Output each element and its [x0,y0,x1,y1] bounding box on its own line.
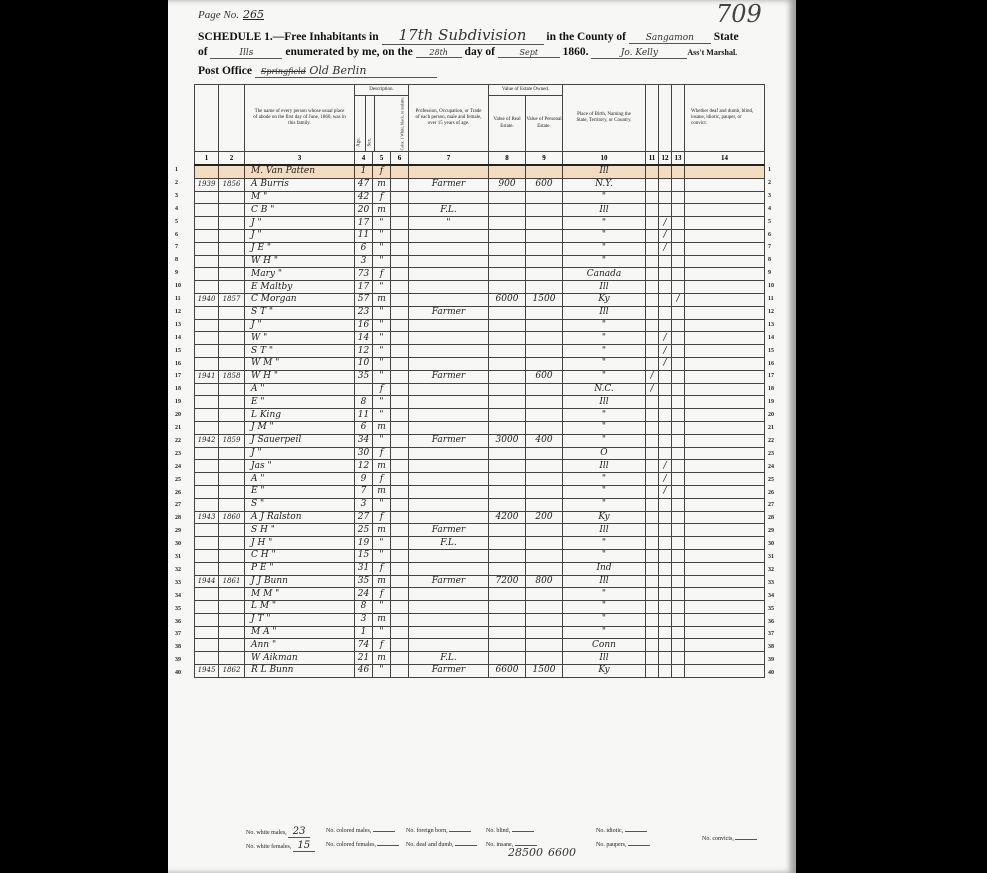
cell-name: S T " [245,306,355,319]
cell-family: 1856 [219,178,245,191]
cell-name: L M " [245,601,355,614]
marshal-field: Jo. Kelly [591,48,687,59]
cell-family [219,626,245,639]
cell-age: 27 [355,511,373,524]
table-row[interactable]: 19401857C Morgan57m60001500Ky/ [195,293,765,306]
cell-real [489,473,526,486]
cell-birth: " [563,434,646,447]
cell-illiterate [672,357,685,370]
table-row[interactable]: S T "23"FarmerIll [195,306,765,319]
table-row[interactable]: E "8"Ill [195,396,765,409]
enumerated-label: enumerated by me, on the [285,46,412,58]
cell-dwelling: 1943 [195,511,219,524]
cell-age: 24 [355,588,373,601]
cell-illiterate [672,229,685,242]
cell-occupation [409,639,489,652]
cell-age: 25 [355,524,373,537]
cell-other [685,332,765,345]
cell-real: 6000 [489,293,526,306]
cell-birth: " [563,370,646,383]
cell-family [219,396,245,409]
col-num: 5 [373,152,391,166]
cell-color [391,268,409,281]
col-num: 6 [391,152,409,166]
cell-married: / [646,383,659,396]
row-number-right: 1 [768,167,771,173]
cell-illiterate [672,396,685,409]
cell-name: J Sauerpeil [245,434,355,447]
cell-birth: Conn [563,639,646,652]
cell-illiterate [672,665,685,678]
cell-name: J J Bunn [245,575,355,588]
cell-name: R L Bunn [245,665,355,678]
page-number-value: 265 [243,8,264,21]
table-row[interactable]: J "17"""/ [195,217,765,230]
table-row[interactable]: C H "15"" [195,549,765,562]
cell-dwelling [195,319,219,332]
cell-married [646,421,659,434]
cell-name: C H " [245,549,355,562]
table-row[interactable]: J "11""/ [195,229,765,242]
table-row[interactable]: W Aikman21mF.L.Ill [195,652,765,665]
cell-married [646,639,659,652]
table-row[interactable]: S T "12""/ [195,345,765,358]
total-personal-estate: 6600 [548,846,576,859]
table-row[interactable]: S "3"" [195,498,765,511]
cell-family [219,165,245,178]
cell-personal [526,357,563,370]
cell-sex: f [373,639,391,652]
cell-other [685,255,765,268]
table-row[interactable]: J "16"" [195,319,765,332]
cell-married [646,485,659,498]
cell-school [659,383,672,396]
cell-illiterate [672,281,685,294]
row-number-left: 7 [175,244,178,250]
cell-sex: f [373,447,391,460]
cell-age: 10 [355,357,373,370]
cell-age: 20 [355,204,373,217]
cell-school [659,447,672,460]
cell-occupation: Farmer [409,524,489,537]
cell-color [391,191,409,204]
cell-sex: f [373,511,391,524]
total-real-estate: 28500 [508,846,543,859]
cell-family [219,460,245,473]
cell-school [659,537,672,550]
cell-school [659,665,672,678]
cell-dwelling [195,165,219,178]
cell-age: 35 [355,370,373,383]
cell-married [646,281,659,294]
cell-illiterate [672,332,685,345]
table-row[interactable]: 19391856A Burris47mFarmer900600N.Y. [195,178,765,191]
cell-dwelling [195,204,219,217]
cell-birth: N.C. [563,383,646,396]
cell-dwelling [195,639,219,652]
cell-birth: Ill [563,652,646,665]
cell-dwelling [195,447,219,460]
cell-real [489,268,526,281]
cell-color [391,639,409,652]
blind-line: No. blind, [486,828,534,834]
cell-real [489,421,526,434]
cell-school: / [659,345,672,358]
cell-other [685,460,765,473]
row-number-left: 23 [175,451,181,457]
cell-dwelling [195,537,219,550]
cell-age: 8 [355,601,373,614]
cell-other [685,293,765,306]
table-row[interactable]: W H "3"" [195,255,765,268]
cell-color [391,613,409,626]
cell-real [489,409,526,422]
cell-married [646,601,659,614]
row-number-right: 16 [768,361,774,367]
cell-other [685,652,765,665]
cell-dwelling: 1939 [195,178,219,191]
cell-other [685,562,765,575]
cell-married [646,665,659,678]
cell-birth: Ill [563,165,646,178]
cell-personal [526,319,563,332]
table-row[interactable]: 19421859J Sauerpeil34"Farmer3000400" [195,434,765,447]
cell-color [391,652,409,665]
cell-family [219,421,245,434]
row-number-right: 19 [768,399,774,405]
cell-school: / [659,460,672,473]
cell-sex: m [373,204,391,217]
cell-occupation [409,357,489,370]
cell-birth: Canada [563,268,646,281]
cell-dwelling [195,601,219,614]
schedule-label: SCHEDULE 1.—Free Inhabitants in [198,31,379,43]
cell-other [685,242,765,255]
cell-age: 1 [355,626,373,639]
table-row[interactable]: E Maltby17"Ill [195,281,765,294]
convicts-line: No. convicts, [702,836,757,842]
cell-age: 16 [355,319,373,332]
cell-married [646,473,659,486]
cell-personal [526,409,563,422]
row-number-left: 13 [175,322,181,328]
cell-sex: " [373,626,391,639]
cell-name: M A " [245,626,355,639]
cell-age: 46 [355,665,373,678]
table-row[interactable]: J T "3m" [195,613,765,626]
table-row[interactable]: 19431860A J Ralston27f4200200Ky [195,511,765,524]
table-row[interactable]: S H "25mFarmerIll [195,524,765,537]
table-row[interactable]: M "42f" [195,191,765,204]
cell-illiterate [672,562,685,575]
row-number-right: 12 [768,309,774,315]
cell-family: 1859 [219,434,245,447]
cell-sex: " [373,409,391,422]
cell-married [646,626,659,639]
row-number-right: 33 [768,580,774,586]
cell-dwelling [195,191,219,204]
cell-family [219,537,245,550]
cell-occupation: Farmer [409,665,489,678]
cell-real [489,537,526,550]
cell-real [489,383,526,396]
idiotic-line: No. idiotic, [596,828,647,834]
cell-real [489,498,526,511]
cell-color [391,383,409,396]
row-number-right: 29 [768,528,774,534]
cell-real [489,357,526,370]
cell-age: 12 [355,460,373,473]
cell-name: A " [245,473,355,486]
table-row[interactable]: A "fN.C./ [195,383,765,396]
cell-real [489,549,526,562]
cell-family [219,601,245,614]
cell-illiterate [672,434,685,447]
cell-real [489,460,526,473]
cell-age: 34 [355,434,373,447]
cell-real [489,613,526,626]
cell-color [391,332,409,345]
cell-color [391,588,409,601]
cell-real [489,485,526,498]
cell-name: W Aikman [245,652,355,665]
cell-illiterate [672,255,685,268]
cell-name: E " [245,485,355,498]
cell-other [685,665,765,678]
cell-birth: O [563,447,646,460]
white-females-count: 15 [293,840,315,852]
white-males-line: No. white males, 23 [246,826,310,838]
table-row[interactable]: 19451862R L Bunn46"Farmer66001500Ky [195,665,765,678]
table-row[interactable]: E "7m"/ [195,485,765,498]
cell-name: M M " [245,588,355,601]
cell-birth: " [563,255,646,268]
table-row[interactable]: Jas "12mIll/ [195,460,765,473]
cell-dwelling [195,485,219,498]
cell-family: 1861 [219,575,245,588]
row-number-right: 28 [768,515,774,521]
cell-family [219,652,245,665]
cell-illiterate [672,639,685,652]
cell-other [685,613,765,626]
cell-occupation [409,255,489,268]
table-row[interactable]: 19441861J J Bunn35mFarmer7200800Ill [195,575,765,588]
col-num: 10 [563,152,646,166]
cell-age: 17 [355,217,373,230]
cell-school [659,626,672,639]
table-row-highlighted[interactable]: M. Van Patten1fIll [195,165,765,178]
cell-occupation [409,613,489,626]
table-row[interactable]: 19411858W H "35"Farmer600"/ [195,370,765,383]
cell-married [646,191,659,204]
table-row[interactable]: P E "31fInd [195,562,765,575]
cell-occupation [409,165,489,178]
cell-illiterate [672,460,685,473]
cell-name: A " [245,383,355,396]
table-row[interactable]: M A "1"" [195,626,765,639]
cell-illiterate [672,191,685,204]
cell-personal [526,229,563,242]
census-table: Dwelling-houses—numbered in the order of… [194,84,765,678]
cell-other [685,601,765,614]
cell-personal [526,626,563,639]
cell-illiterate [672,447,685,460]
col-num: 14 [685,152,765,166]
cell-dwelling [195,281,219,294]
table-row[interactable]: M M "24f" [195,588,765,601]
colored-males-line: No. colored males, [326,828,395,834]
table-row[interactable]: W M "10""/ [195,357,765,370]
cell-occupation: Farmer [409,434,489,447]
description-group-header: Description. Age. Sex. Color, { White, b… [355,85,409,152]
col-num: 13 [672,152,685,166]
cell-personal [526,447,563,460]
table-row[interactable]: L M "8"" [195,601,765,614]
cell-dwelling [195,613,219,626]
cell-sex: " [373,255,391,268]
cell-sex: " [373,665,391,678]
cell-name: J H " [245,537,355,550]
cell-age: 11 [355,409,373,422]
cell-birth: N.Y. [563,178,646,191]
cell-dwelling: 1941 [195,370,219,383]
cell-birth: " [563,409,646,422]
state-field: Ills [210,48,282,59]
cell-name: M " [245,191,355,204]
row-number-left: 16 [175,361,181,367]
cell-family [219,345,245,358]
cell-married [646,613,659,626]
cell-family: 1857 [219,293,245,306]
cell-sex: " [373,498,391,511]
cell-school [659,524,672,537]
row-number-right: 14 [768,335,774,341]
cell-dwelling [195,217,219,230]
cell-name: S H " [245,524,355,537]
state-label: State [714,31,739,43]
cell-age: 3 [355,498,373,511]
cell-married [646,204,659,217]
cell-school [659,306,672,319]
cell-real: 6600 [489,665,526,678]
cell-occupation [409,281,489,294]
enumeration-line: of Ills enumerated by me, on the 28th da… [198,46,737,59]
table-row[interactable]: J M "6m" [195,421,765,434]
cell-sex: " [373,306,391,319]
cell-sex: " [373,357,391,370]
cell-family [219,562,245,575]
cell-married [646,537,659,550]
col-real-estate-header: Value of Real Estate. [489,96,526,151]
cell-real [489,447,526,460]
stamped-page-number: 709 [716,0,762,28]
row-number-left: 38 [175,644,181,650]
cell-married [646,575,659,588]
cell-married [646,524,659,537]
cell-married: / [646,370,659,383]
table-row[interactable]: J E "6""/ [195,242,765,255]
cell-illiterate [672,268,685,281]
cell-illiterate [672,601,685,614]
cell-birth: " [563,421,646,434]
cell-married [646,306,659,319]
cell-other [685,524,765,537]
cell-married [646,268,659,281]
row-number-right: 34 [768,593,774,599]
row-number-left: 34 [175,593,181,599]
cell-family [219,268,245,281]
row-number-right: 27 [768,502,774,508]
cell-illiterate [672,549,685,562]
cell-real [489,639,526,652]
cell-dwelling [195,345,219,358]
cell-family: 1860 [219,511,245,524]
cell-married [646,357,659,370]
row-number-right: 21 [768,425,774,431]
table-row[interactable]: A "9f"/ [195,473,765,486]
row-number-left: 30 [175,541,181,547]
cell-name: W " [245,332,355,345]
cell-school [659,652,672,665]
cell-birth: " [563,588,646,601]
cell-family [219,485,245,498]
cell-personal [526,639,563,652]
cell-married [646,165,659,178]
cell-illiterate [672,165,685,178]
cell-birth: " [563,498,646,511]
county-field: Sangamon [629,33,711,44]
cell-school [659,613,672,626]
white-females-line: No. white females, 15 [246,840,315,852]
cell-dwelling [195,306,219,319]
cell-real [489,332,526,345]
cell-dwelling [195,242,219,255]
cell-age: 17 [355,281,373,294]
table-row[interactable]: Ann "74fConn [195,639,765,652]
cell-sex: f [373,165,391,178]
table-row[interactable]: C B "20mF.L.Ill [195,204,765,217]
cell-name: Jas " [245,460,355,473]
cell-married [646,242,659,255]
cell-occupation: Farmer [409,575,489,588]
cell-age: 47 [355,178,373,191]
row-number-left: 19 [175,399,181,405]
cell-sex: " [373,332,391,345]
cell-married [646,652,659,665]
row-number-right: 8 [768,257,771,263]
cell-color [391,370,409,383]
table-row[interactable]: Mary "73fCanada [195,268,765,281]
table-row[interactable]: L King11"" [195,409,765,422]
cell-school [659,178,672,191]
cell-age: 19 [355,537,373,550]
cell-name: J T " [245,613,355,626]
cell-school [659,293,672,306]
cell-illiterate [672,613,685,626]
cell-school [659,409,672,422]
col-birthplace-header: Place of Birth, Naming the State, Territ… [563,85,646,152]
cell-age: 1 [355,165,373,178]
table-row[interactable]: J "30fO [195,447,765,460]
cell-dwelling [195,588,219,601]
cell-other [685,370,765,383]
table-row[interactable]: J H "19"F.L." [195,537,765,550]
cell-dwelling [195,383,219,396]
table-row[interactable]: W "14""/ [195,332,765,345]
cell-family [219,191,245,204]
row-number-right: 6 [768,232,771,238]
cell-illiterate [672,485,685,498]
